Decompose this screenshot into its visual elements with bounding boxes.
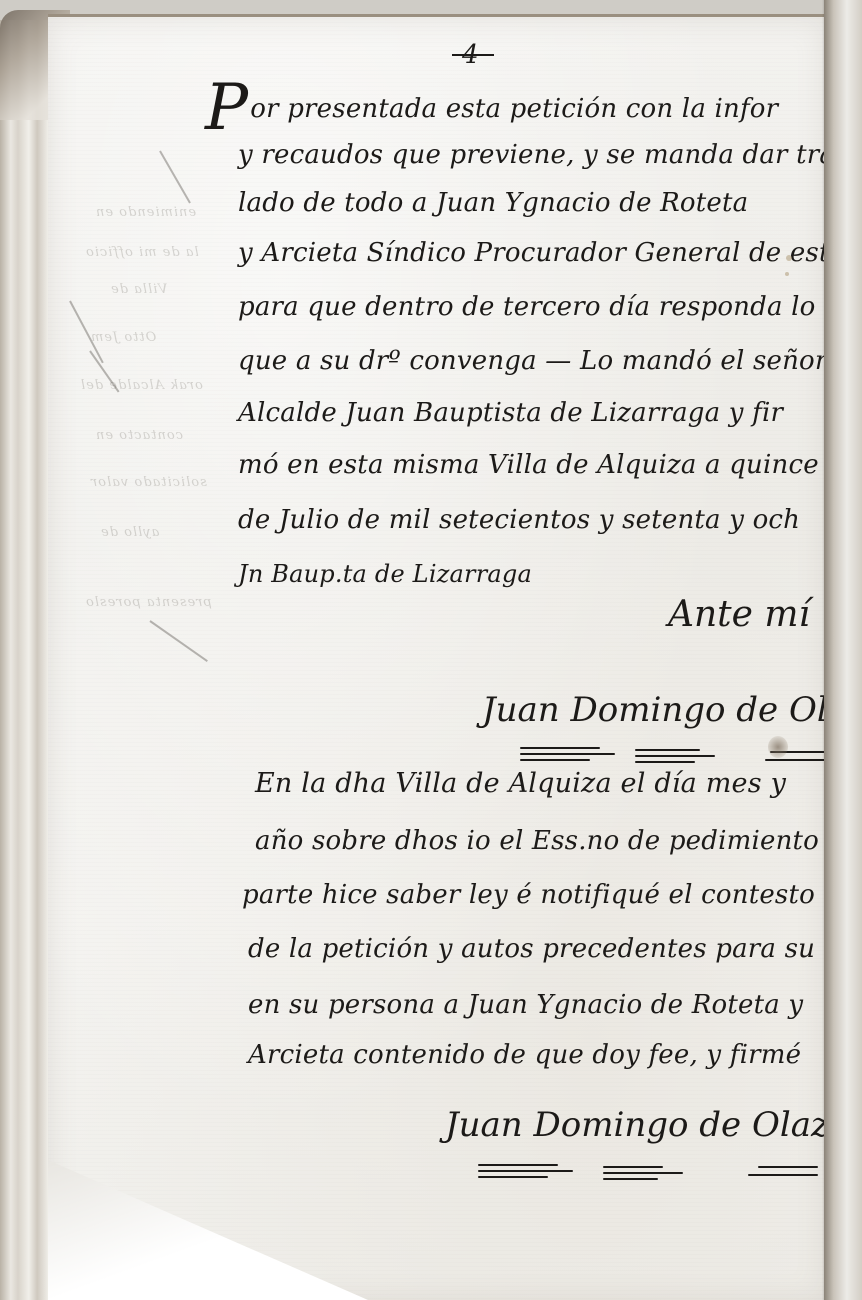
bleed-through-text: contacto en	[95, 428, 183, 443]
bleed-through-text: orak Alcalde del	[80, 378, 203, 393]
decree-line-6: que a su drº convenga — Lo mandó el seño…	[238, 346, 828, 376]
bleed-through-text: solicitado valor	[90, 475, 207, 490]
bleed-through-text: enimiendo en	[95, 205, 196, 220]
alcalde-signature: Jn Baup.ta de Lizarraga	[238, 560, 532, 588]
bleed-through-text: presenta poreslo	[85, 595, 212, 610]
decree-line-1: Por presentada esta petición con la info…	[205, 76, 778, 140]
bleed-through-text: ayllo de	[100, 525, 159, 540]
clerk-signature-1: Juan Domingo de Olaz	[482, 690, 862, 730]
notification-line-3: parte hice saber ley é notifiqué el cont…	[242, 880, 815, 910]
notification-line-2: año sobre dhos io el Ess.no de pedimient…	[255, 826, 860, 856]
bleed-through-text: Villa de	[110, 282, 168, 297]
decree-line-3: lado de todo a Juan Ygnacio de Roteta	[238, 188, 748, 218]
bleed-through-text: la de mi officio	[85, 245, 199, 260]
paper-stain	[785, 272, 789, 276]
decree-line-2: y recaudos que previene, y se manda dar …	[238, 140, 849, 170]
decree-line-text: or presentada esta petición con la infor	[250, 94, 778, 124]
before-me-mark: Ante mí	[668, 594, 810, 635]
decree-line-4: y Arcieta Síndico Procurador General de …	[238, 238, 862, 268]
notification-line-5: en su persona a Juan Ygnacio de Roteta y	[248, 990, 803, 1020]
notification-line-1: En la dha Villa de Alquiza el día mes y	[255, 768, 786, 799]
clerk-signature-2: Juan Domingo de Olaz	[445, 1105, 829, 1145]
notification-line-4: de la petición y autos precedentes para …	[248, 934, 862, 964]
page-number: 4	[462, 40, 479, 70]
signature-rubric-2	[478, 1162, 838, 1188]
dropcap-letter: P	[205, 71, 248, 145]
manuscript-scan: enimiendo en la de mi officio Villa de O…	[0, 0, 862, 1300]
paper-stain	[786, 255, 792, 261]
decree-line-7: Alcalde Juan Bauptista de Lizarraga y fi…	[238, 398, 783, 428]
bleed-through-text: Otto Jem	[90, 330, 156, 345]
decree-line-9: de Julio de mil setecientos y setenta y …	[238, 505, 800, 535]
notification-line-6: Arcieta contenido de que doy fee, y firm…	[248, 1040, 801, 1070]
ink-stain	[768, 736, 788, 758]
decree-line-5: para que dentro de tercero día responda …	[238, 292, 816, 322]
right-page-edge	[824, 0, 862, 1300]
decree-line-8: mó en esta misma Villa de Alquiza a quin…	[238, 450, 819, 480]
